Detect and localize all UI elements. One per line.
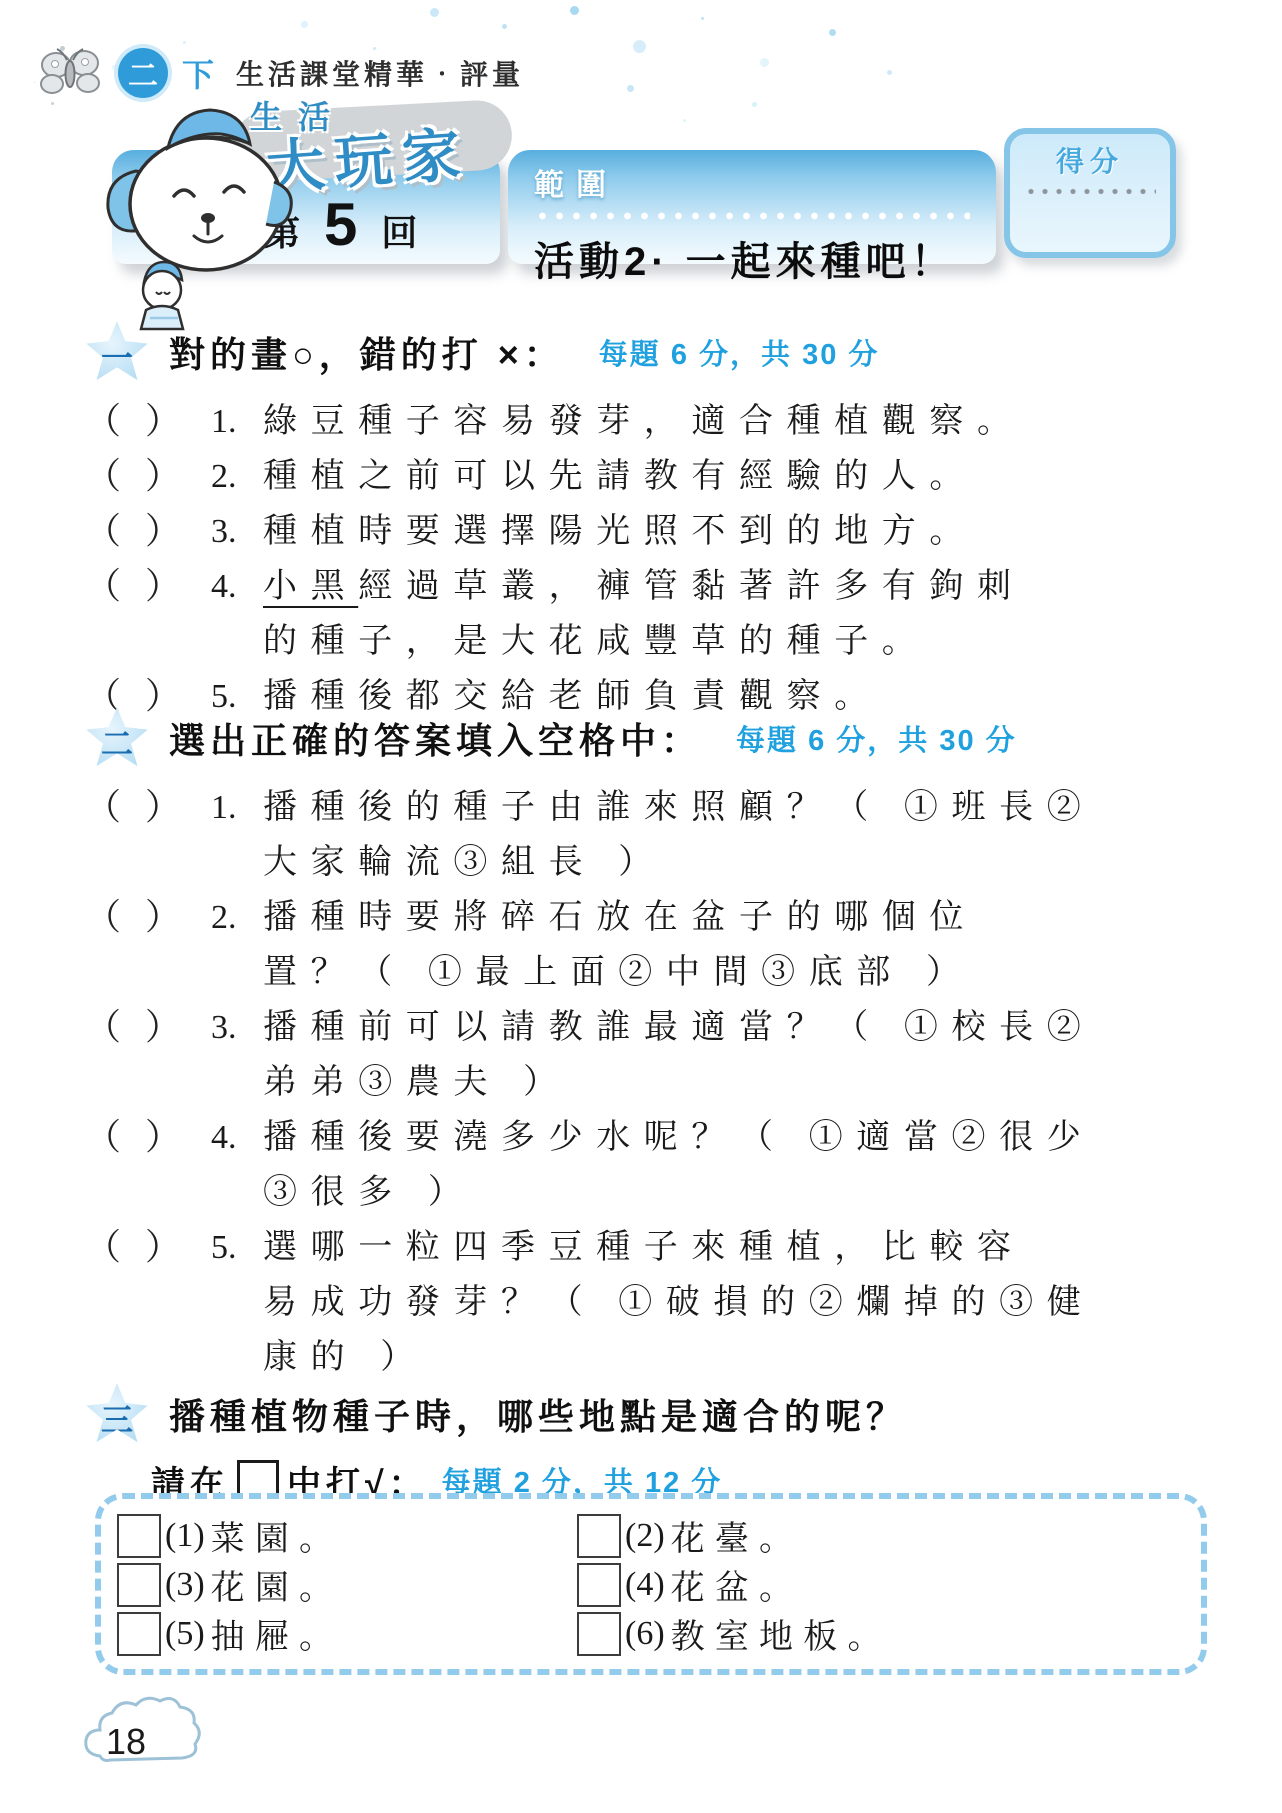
scoring-note: 每題 6 分，共 30 分 (599, 332, 880, 373)
mc-question-3: （） 3. 播種前可以請教誰最適當？（ ①校長② 弟弟③農夫 ） (85, 1000, 1205, 1110)
question-number: 3. (211, 1000, 263, 1055)
option-6: (6) 教室地板。 (577, 1609, 1191, 1658)
option-4: (4) 花盆。 (577, 1560, 1191, 1609)
question-text: 種植時要選擇陽光照不到的地方。 (263, 504, 1205, 559)
section-title: 播種植物種子時，哪些地點是適合的呢？ (169, 1389, 907, 1440)
butterfly-icon (38, 46, 104, 100)
question-number: 2. (211, 890, 263, 945)
question-number: 1. (211, 394, 263, 449)
grade-badge: 二 (118, 48, 168, 98)
option-1: (1) 菜園。 (117, 1511, 577, 1560)
checkbox-2[interactable] (577, 1514, 621, 1558)
question-number: 5. (211, 1220, 263, 1275)
answer-blank[interactable]: （） (85, 1220, 181, 1275)
score-input-area[interactable] (1010, 195, 1170, 252)
banner-scope-panel: 範圍 活動2· 一起來種吧！ (508, 150, 996, 264)
question-number: 3. (211, 504, 263, 559)
question-text: 種植之前可以先請教有經驗的人。 (263, 449, 1205, 504)
tf-question-3: （） 3. 種植時要選擇陽光照不到的地方。 (85, 504, 1205, 559)
question-text: 選哪一粒四季豆種子來種植，比較容 易成功發芽？（ ①破損的②爛掉的③健 康的 ） (263, 1220, 1205, 1385)
answer-blank[interactable]: （） (85, 1000, 181, 1055)
title-banner: 第 5 回 範圍 活動2· 一起來種吧！ 得分 生活 大玩家 (112, 112, 1182, 264)
mc-question-4: （） 4. 播種後要澆多少水呢？（ ①適當②很少 ③很多 ） (85, 1110, 1205, 1220)
checkbox-5[interactable] (117, 1612, 161, 1656)
answer-blank[interactable]: （） (85, 449, 181, 504)
location-options-panel: (1) 菜園。 (2) 花臺。 (3) 花園。 (4) 花盆。 (5) 抽屜。 … (95, 1493, 1207, 1675)
checkbox-3[interactable] (117, 1563, 161, 1607)
scoring-note: 每題 6 分，共 30 分 (736, 718, 1017, 759)
question-text: 播種後的種子由誰來照顧？（ ①班長② 大家輪流③組長 ） (263, 780, 1205, 890)
dog-mascot-illustration (98, 96, 298, 331)
question-text: 播種前可以請教誰最適當？（ ①校長② 弟弟③農夫 ） (263, 1000, 1205, 1110)
activity-title: 活動2· 一起來種吧！ (534, 230, 970, 287)
section-two-header: 二 選出正確的答案填入空格中： 每題 6 分，共 30 分 (85, 706, 1205, 770)
answer-blank[interactable]: （） (85, 394, 181, 449)
score-label: 得分 (1010, 140, 1170, 180)
question-number: 4. (211, 559, 263, 614)
question-text: 播種後要澆多少水呢？（ ①適當②很少 ③很多 ） (263, 1110, 1205, 1220)
score-dotted-divider (1024, 188, 1156, 195)
answer-blank[interactable]: （） (85, 1110, 181, 1165)
question-text: 綠豆種子容易發芽，適合種植觀察。 (263, 394, 1205, 449)
section-checkbox: 三 播種植物種子時，哪些地點是適合的呢？ 請在 中打√： 每題 2 分，共 12… (85, 1382, 1205, 1505)
series-title: 生活課堂精華‧評量 (236, 53, 524, 93)
round-number: 5 (324, 195, 357, 255)
question-number: 4. (211, 1110, 263, 1165)
question-number: 2. (211, 449, 263, 504)
grade-suffix: 下 (182, 50, 214, 96)
answer-blank[interactable]: （） (85, 780, 181, 835)
page-number-cloud: 18 (76, 1690, 206, 1778)
worksheet-page: 二 下 生活課堂精華‧評量 第 5 回 範圍 活動2· 一起來種吧！ 得分 生活… (0, 0, 1282, 1813)
mc-question-2: （） 2. 播種時要將碎石放在盆子的哪個位 置？（ ①最上面②中間③底部 ） (85, 890, 1205, 1000)
checkbox-1[interactable] (117, 1514, 161, 1558)
question-text: 小黑經過草叢，褲管黏著許多有鉤刺 的種子，是大花咸豐草的種子。 (263, 559, 1205, 669)
answer-blank[interactable]: （） (85, 890, 181, 945)
star-section-icon: 二 (85, 706, 149, 770)
section-title: 選出正確的答案填入空格中： (169, 713, 702, 764)
decorative-dots (430, 8, 439, 17)
page-number: 18 (106, 1721, 146, 1762)
star-section-icon: 三 (85, 1382, 149, 1446)
question-number: 1. (211, 780, 263, 835)
section-three-header: 三 播種植物種子時，哪些地點是適合的呢？ (85, 1382, 1205, 1446)
question-text: 播種時要將碎石放在盆子的哪個位 置？（ ①最上面②中間③底部 ） (263, 890, 1205, 1000)
underlined-name: 小黑 (263, 568, 358, 605)
tf-question-2: （） 2. 種植之前可以先請教有經驗的人。 (85, 449, 1205, 504)
scope-label: 範圍 (534, 160, 970, 204)
answer-blank[interactable]: （） (85, 559, 181, 614)
checkbox-6[interactable] (577, 1612, 621, 1656)
checkbox-4[interactable] (577, 1563, 621, 1607)
option-3: (3) 花園。 (117, 1560, 577, 1609)
tf-question-4: （） 4. 小黑經過草叢，褲管黏著許多有鉤刺 的種子，是大花咸豐草的種子。 (85, 559, 1205, 669)
dotted-divider (534, 212, 970, 220)
score-box: 得分 (1004, 128, 1176, 258)
page-header: 二 下 生活課堂精華‧評量 (38, 46, 524, 100)
section-multiple-choice: 二 選出正確的答案填入空格中： 每題 6 分，共 30 分 （） 1. 播種後的… (85, 706, 1205, 1385)
mc-question-5: （） 5. 選哪一粒四季豆種子來種植，比較容 易成功發芽？（ ①破損的②爛掉的③… (85, 1220, 1205, 1385)
option-5: (5) 抽屜。 (117, 1609, 577, 1658)
section-true-false: 一 對的畫○，錯的打 ×： 每題 6 分，共 30 分 （） 1. 綠豆種子容易… (85, 320, 1205, 724)
section-title: 對的畫○，錯的打 ×： (169, 327, 565, 378)
mc-question-1: （） 1. 播種後的種子由誰來照顧？（ ①班長② 大家輪流③組長 ） (85, 780, 1205, 890)
option-2: (2) 花臺。 (577, 1511, 1191, 1560)
answer-blank[interactable]: （） (85, 504, 181, 559)
tf-question-1: （） 1. 綠豆種子容易發芽，適合種植觀察。 (85, 394, 1205, 449)
